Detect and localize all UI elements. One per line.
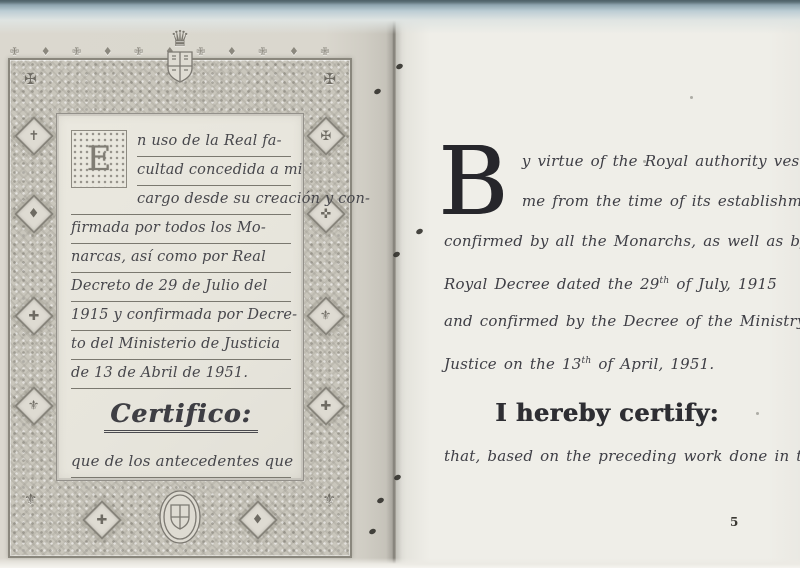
corner-cross-icon: ⚜ — [24, 490, 37, 508]
greek-cross-icon: ✚ — [321, 400, 332, 413]
paper-speck — [643, 160, 646, 163]
translation-closing-line: that, based on the preceding work done i… — [444, 437, 770, 477]
greek-cross-icon: ✚ — [29, 310, 40, 323]
ordinal-suffix: th — [582, 356, 592, 366]
paper-speck — [690, 96, 693, 99]
corner-cross-icon: ✠ — [323, 70, 336, 88]
justice-text: of April, 1951. — [591, 355, 714, 373]
justice-text: Justice on the 13 — [444, 355, 582, 373]
manuscript-closing-line: que de los antecedentes que — [71, 447, 291, 478]
quartered-shield-icon — [165, 50, 195, 84]
drop-cap-b: B — [438, 144, 508, 222]
border-medallion: ✚ — [82, 500, 122, 540]
manuscript-line: 1915 y confirmada por Decre- — [71, 302, 291, 331]
certifico-heading: Certifico: — [104, 399, 257, 433]
manuscript-line: narcas, así como por Real — [71, 244, 291, 273]
manuscript-line: cargo desde su creación y con- — [71, 186, 291, 215]
scanned-certificate-spread: ✙ ♦ ✙ ♦ ✙ ♦ ✙ ♦ ✙ ♦ ✙ ♦ ✙ ♦ ✙ ♦ ✙ ♦ ✙ ♦ … — [0, 0, 800, 568]
certificate-text-panel: E n uso de la Real fa- cultad concedida … — [57, 114, 303, 480]
bottom-oval-medallion — [157, 488, 203, 550]
diamond-icon: ♦ — [28, 208, 40, 221]
decree-text: of July, 1915 — [669, 275, 777, 293]
corner-cross-icon: ⚜ — [323, 490, 336, 508]
translation-text-block: B y virtue of the Royal authority vested… — [444, 142, 770, 477]
left-page-paper: ✙ ♦ ✙ ♦ ✙ ♦ ✙ ♦ ✙ ♦ ✙ ♦ ✙ ♦ ✙ ♦ ✙ ♦ ✙ ♦ … — [0, 0, 396, 568]
manuscript-line: Decreto de 29 de Julio del — [71, 273, 291, 302]
page-number: 5 — [730, 515, 738, 529]
border-medallion: ⚜ — [14, 386, 54, 426]
latin-cross-icon: ✝ — [29, 130, 40, 143]
paper-speck — [756, 412, 759, 415]
border-medallion: ✠ — [306, 116, 346, 156]
manuscript-line: firmada por todos los Mo- — [71, 215, 291, 244]
maltese-cross-icon: ✠ — [321, 130, 332, 143]
hereby-certify-heading: I hereby certify: — [444, 398, 770, 427]
manuscript-line: to del Ministerio de Justicia — [71, 331, 291, 360]
decree-text: Royal Decree dated the 29 — [444, 275, 660, 293]
manuscript-line: de 13 de Abril de 1951. — [71, 360, 291, 389]
manuscript-line: cultad concedida a mi — [137, 157, 291, 186]
border-medallion: ♦ — [14, 194, 54, 234]
border-medallion: ✚ — [14, 296, 54, 336]
border-medallion: ⚜ — [306, 296, 346, 336]
certifico-heading-wrap: Certifico: — [71, 399, 291, 433]
crown-icon: ♛ — [170, 30, 190, 50]
royal-crest: ♛ — [165, 30, 195, 84]
border-medallion: ♦ — [238, 500, 278, 540]
fleur-de-lis-icon: ⚜ — [28, 400, 40, 413]
ordinal-suffix: th — [660, 276, 670, 286]
border-medallion: ✝ — [14, 116, 54, 156]
oval-shield-icon — [157, 488, 203, 546]
translation-line-justice: Justice on the 13th of April, 1951. — [444, 342, 770, 382]
corner-cross-icon: ✠ — [24, 70, 37, 88]
translation-line: and confirmed by the Decree of the Minis… — [444, 302, 770, 342]
fleur-de-lis-icon: ⚜ — [320, 310, 332, 323]
illuminated-initial-e: E — [71, 130, 127, 188]
translation-line-decree: Royal Decree dated the 29th of July, 191… — [444, 262, 770, 302]
manuscript-line: n uso de la Real fa- — [137, 128, 291, 157]
translation-line: confirmed by all the Monarchs, as well a… — [444, 222, 770, 262]
border-medallion: ✚ — [306, 386, 346, 426]
engraved-border-frame: ✙ ♦ ✙ ♦ ✙ ♦ ✙ ♦ ✙ ♦ ✙ ♦ ✙ ♦ ✙ ♦ ✙ ♦ ✙ ♦ … — [8, 58, 352, 558]
greek-cross-icon: ✚ — [97, 514, 108, 527]
diamond-icon: ♦ — [252, 514, 264, 527]
